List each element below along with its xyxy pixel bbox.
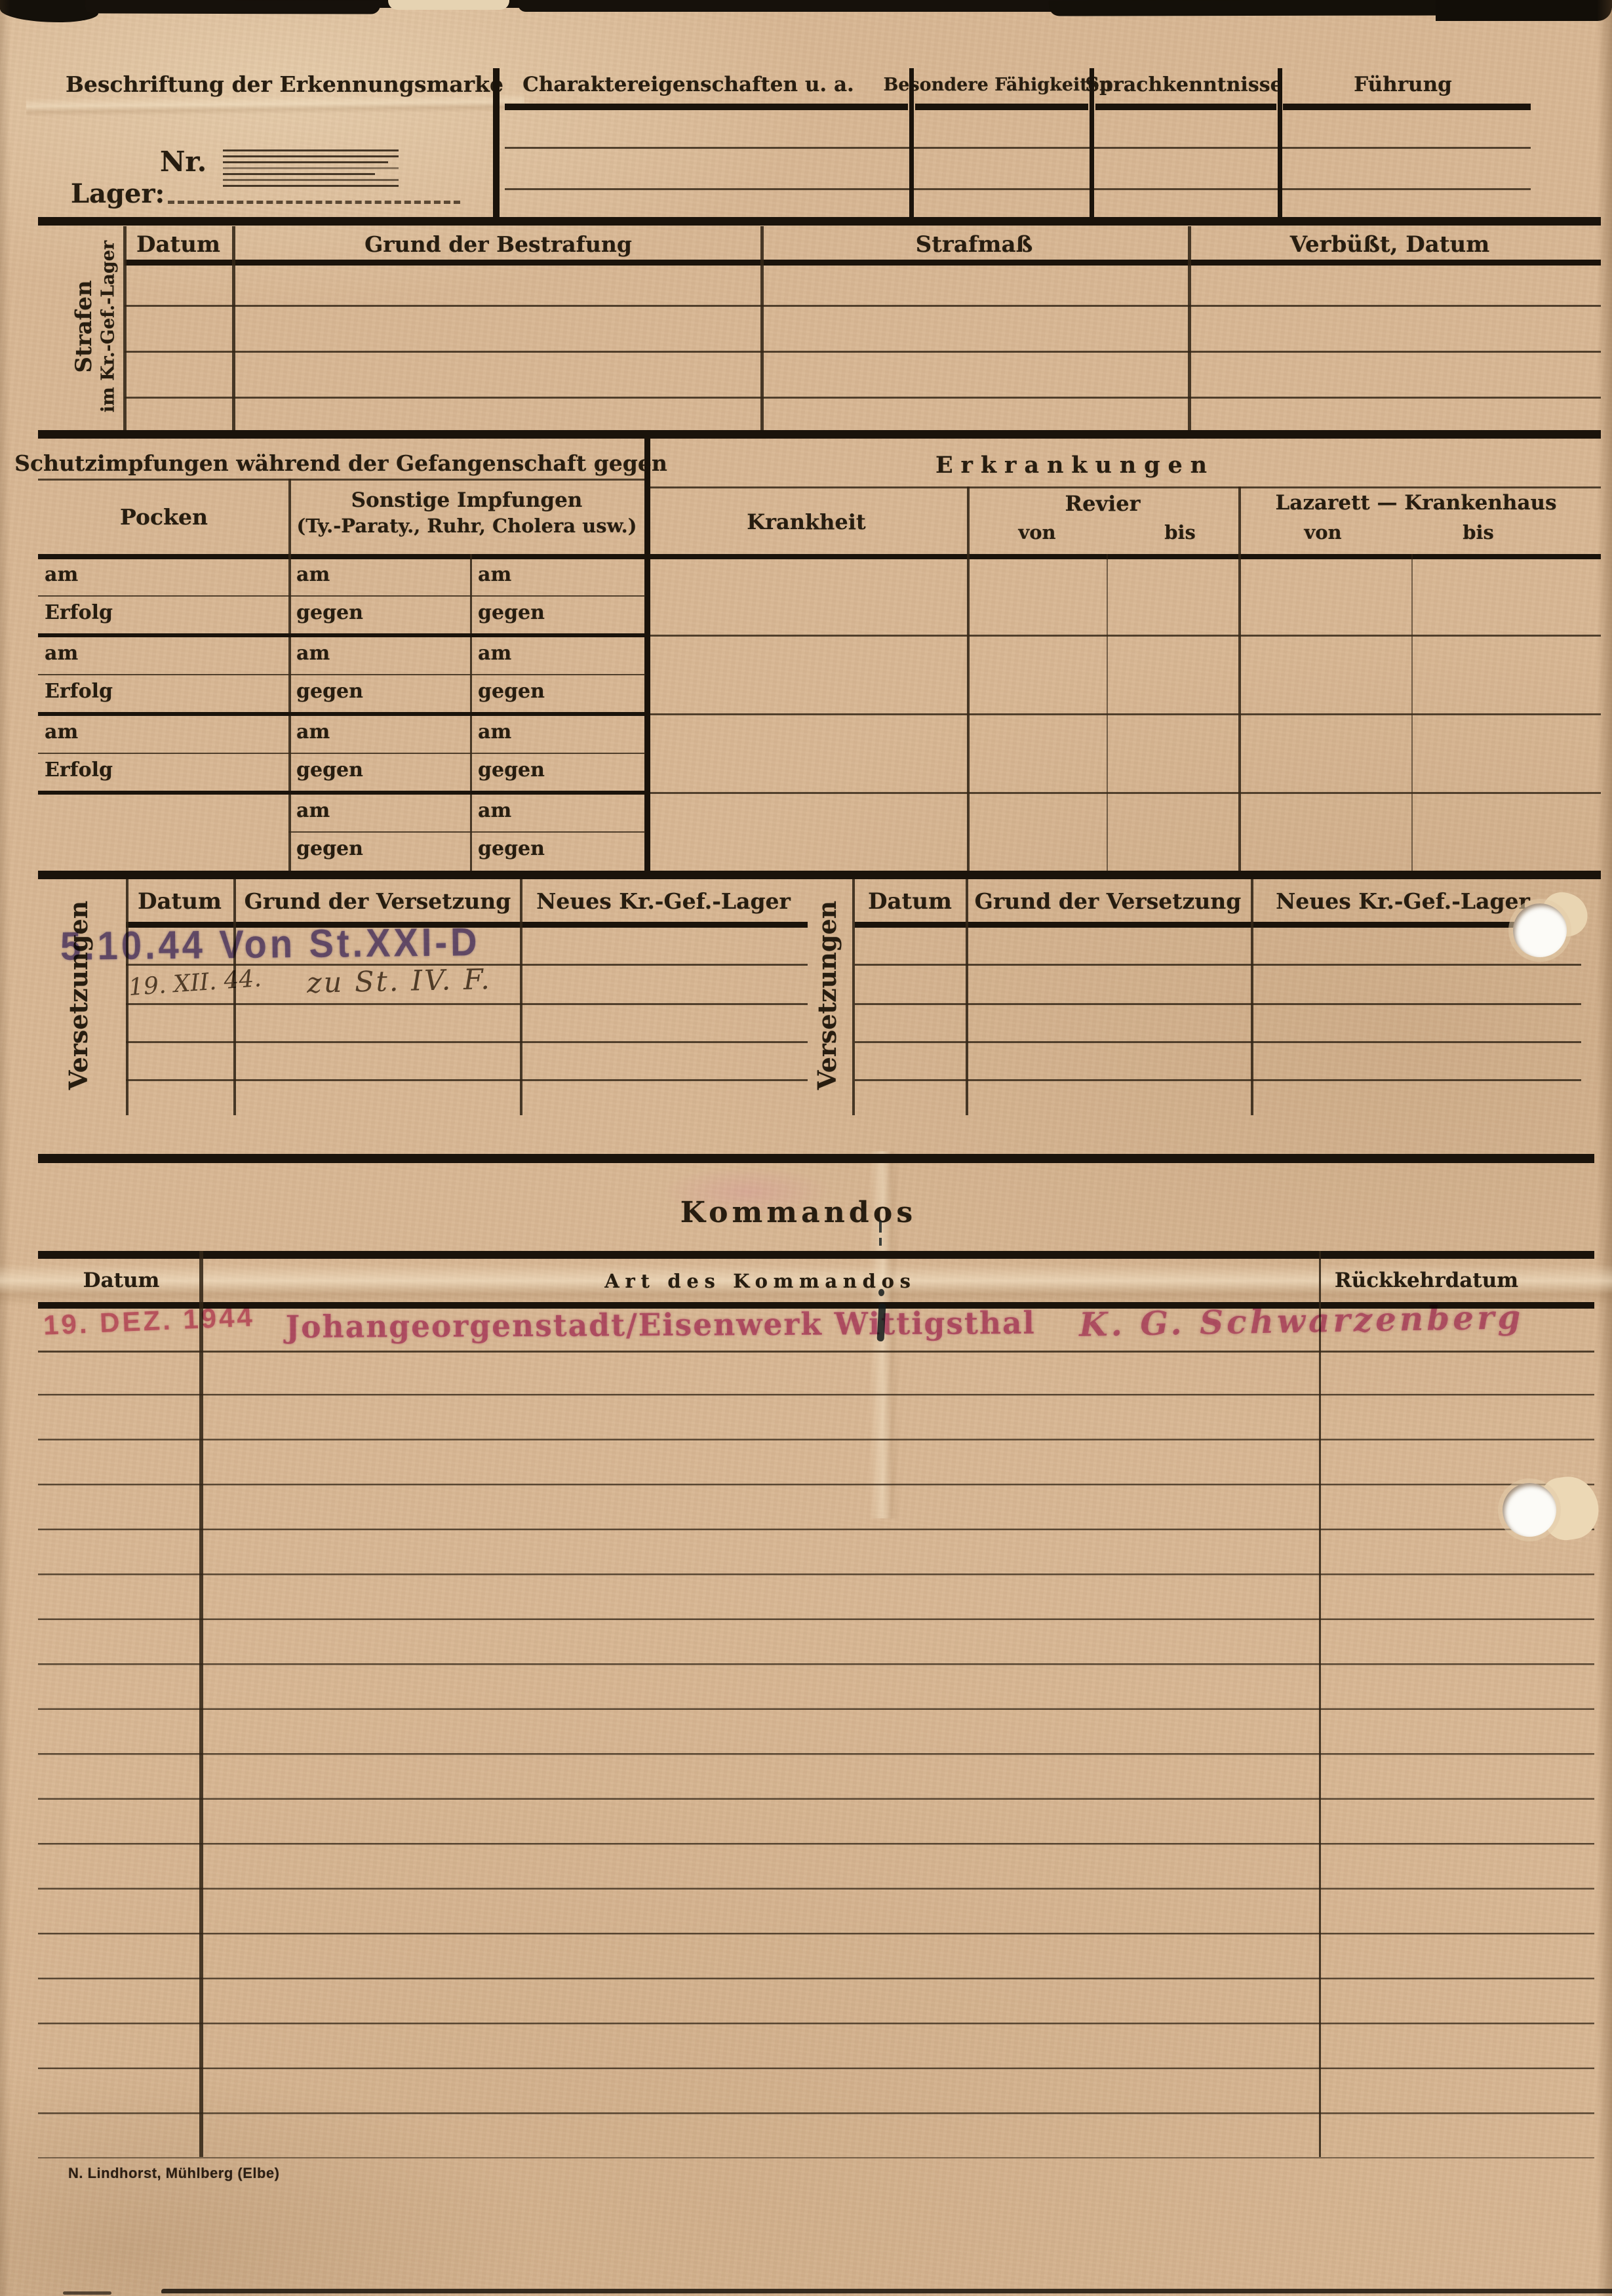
sonstige-header-2: (Ty.-Paraty., Ruhr, Cholera usw.) [297,517,637,536]
id-title: Beschriftung der Erkennungsmarke [66,73,503,95]
sonstige-header-1: Sonstige Impfungen [351,490,583,511]
hole-punch-top [1513,903,1567,957]
sonstige1-am-4: am [296,801,330,821]
sonstige2-am-4: am [478,801,511,821]
revier-von-label: von [1018,523,1055,542]
lazarett-von-label: von [1304,523,1341,542]
strafen-side-label-2: im Kr.-Gef.-Lager [100,241,117,412]
strafen-strafmass-header: Strafmaß [916,233,1033,256]
vers-right-datum-header: Datum [868,890,952,913]
nr-label: Nr. [160,148,206,176]
bottom-edge-mark [63,2291,111,2295]
left-edge-shadow [0,0,10,2296]
vers-left-neues-header: Neues Kr.-Gef.-Lager [536,890,791,912]
sonstige1-am-2: am [296,644,330,663]
lazarett-header: Lazarett — Krankenhaus [1275,493,1556,513]
erkrankungen-title: Erkrankungen [935,454,1215,477]
sonstige2-gegen-2: gegen [478,682,545,702]
kommandos-rueckkehr-header: Rückkehrdatum [1335,1271,1518,1291]
transfer-stamp: 5.10.44 Von St.XXI-D [60,922,481,966]
sonstige2-am-1: am [478,565,511,585]
sonstige2-gegen-4: gegen [478,839,545,859]
sonstige2-am-2: am [478,644,511,663]
sonstige1-gegen-2: gegen [296,682,363,702]
skills-header: Besondere Fähigkeiten [883,76,1112,94]
sonstige1-gegen-3: gegen [296,761,363,780]
strafen-grund-header: Grund der Bestrafung [364,233,632,255]
kommando-place-stamp: Johangeorgenstadt/Eisenwerk Wittigsthal [286,1308,1036,1343]
pocken-am-2: am [45,644,78,663]
pocken-header: Pocken [120,506,208,528]
revier-header: Revier [1065,493,1141,514]
right-edge-shadow [1597,0,1612,2296]
impfungen-title: Schutzimpfungen während der Gefangenscha… [14,452,667,474]
kommando-date-stamp: 19. DEZ. 1944 [43,1303,255,1339]
sonstige2-gegen-1: gegen [478,603,545,623]
lager-label: Lager: [71,181,165,207]
transfer-hand-destination: zu St. IV. F. [307,966,492,998]
revier-bis-label: bis [1164,523,1196,542]
transfer-hand-date: 19. XII. 44. [128,967,262,1000]
lager-dotted-line [168,201,460,204]
krankheit-header: Krankheit [747,511,865,532]
printer-imprint: N. Lindhorst, Mühlberg (Elbe) [68,2166,279,2181]
pocken-am-1: am [45,565,78,585]
nr-ruled-lines [223,149,400,191]
kommandos-ruled-rows [38,1351,1594,2158]
sonstige2-am-3: am [478,722,511,742]
pocken-erfolg-2: Erfolg [45,682,113,702]
conduct-header: Führung [1354,75,1452,95]
sonstige2-gegen-3: gegen [478,761,545,780]
versetzungen-side-label-right: Versetzungen [815,901,840,1090]
vers-left-datum-header: Datum [138,890,222,913]
lang-header: Sprachkenntnisse [1085,75,1282,95]
pocken-erfolg-3: Erfolg [45,761,113,780]
bottom-edge-line [161,2289,1612,2293]
lazarett-bis-label: bis [1463,523,1494,542]
sonstige1-gegen-4: gegen [296,839,363,859]
vers-left-grund-header: Grund der Versetzung [245,890,511,912]
char-header: Charaktereigenschaften u. a. [522,75,854,95]
sonstige1-am-3: am [296,722,330,742]
torn-top-edge [0,0,1612,29]
pocken-am-3: am [45,722,78,742]
sonstige1-gegen-1: gegen [296,603,363,623]
kommandos-datum-header: Datum [83,1271,160,1291]
kommandos-art-header: Art des Kommandos [604,1272,916,1291]
sonstige1-am-1: am [296,565,330,585]
hole-punch-bottom [1503,1483,1556,1537]
strafen-side-label-1: Strafen [73,280,95,372]
strafen-datum-header: Datum [136,233,220,256]
pocken-erfolg-1: Erfolg [45,603,113,623]
vers-right-neues-header: Neues Kr.-Gef.-Lager [1276,890,1530,912]
pow-record-card: Beschriftung der Erkennungsmarke Nr. Lag… [0,0,1612,2296]
kommando-camp-stamp: K. G. Schwarzenberg [1079,1301,1524,1341]
strafen-verbuesst-header: Verbüßt, Datum [1290,233,1489,256]
vers-right-grund-header: Grund der Versetzung [975,890,1242,912]
